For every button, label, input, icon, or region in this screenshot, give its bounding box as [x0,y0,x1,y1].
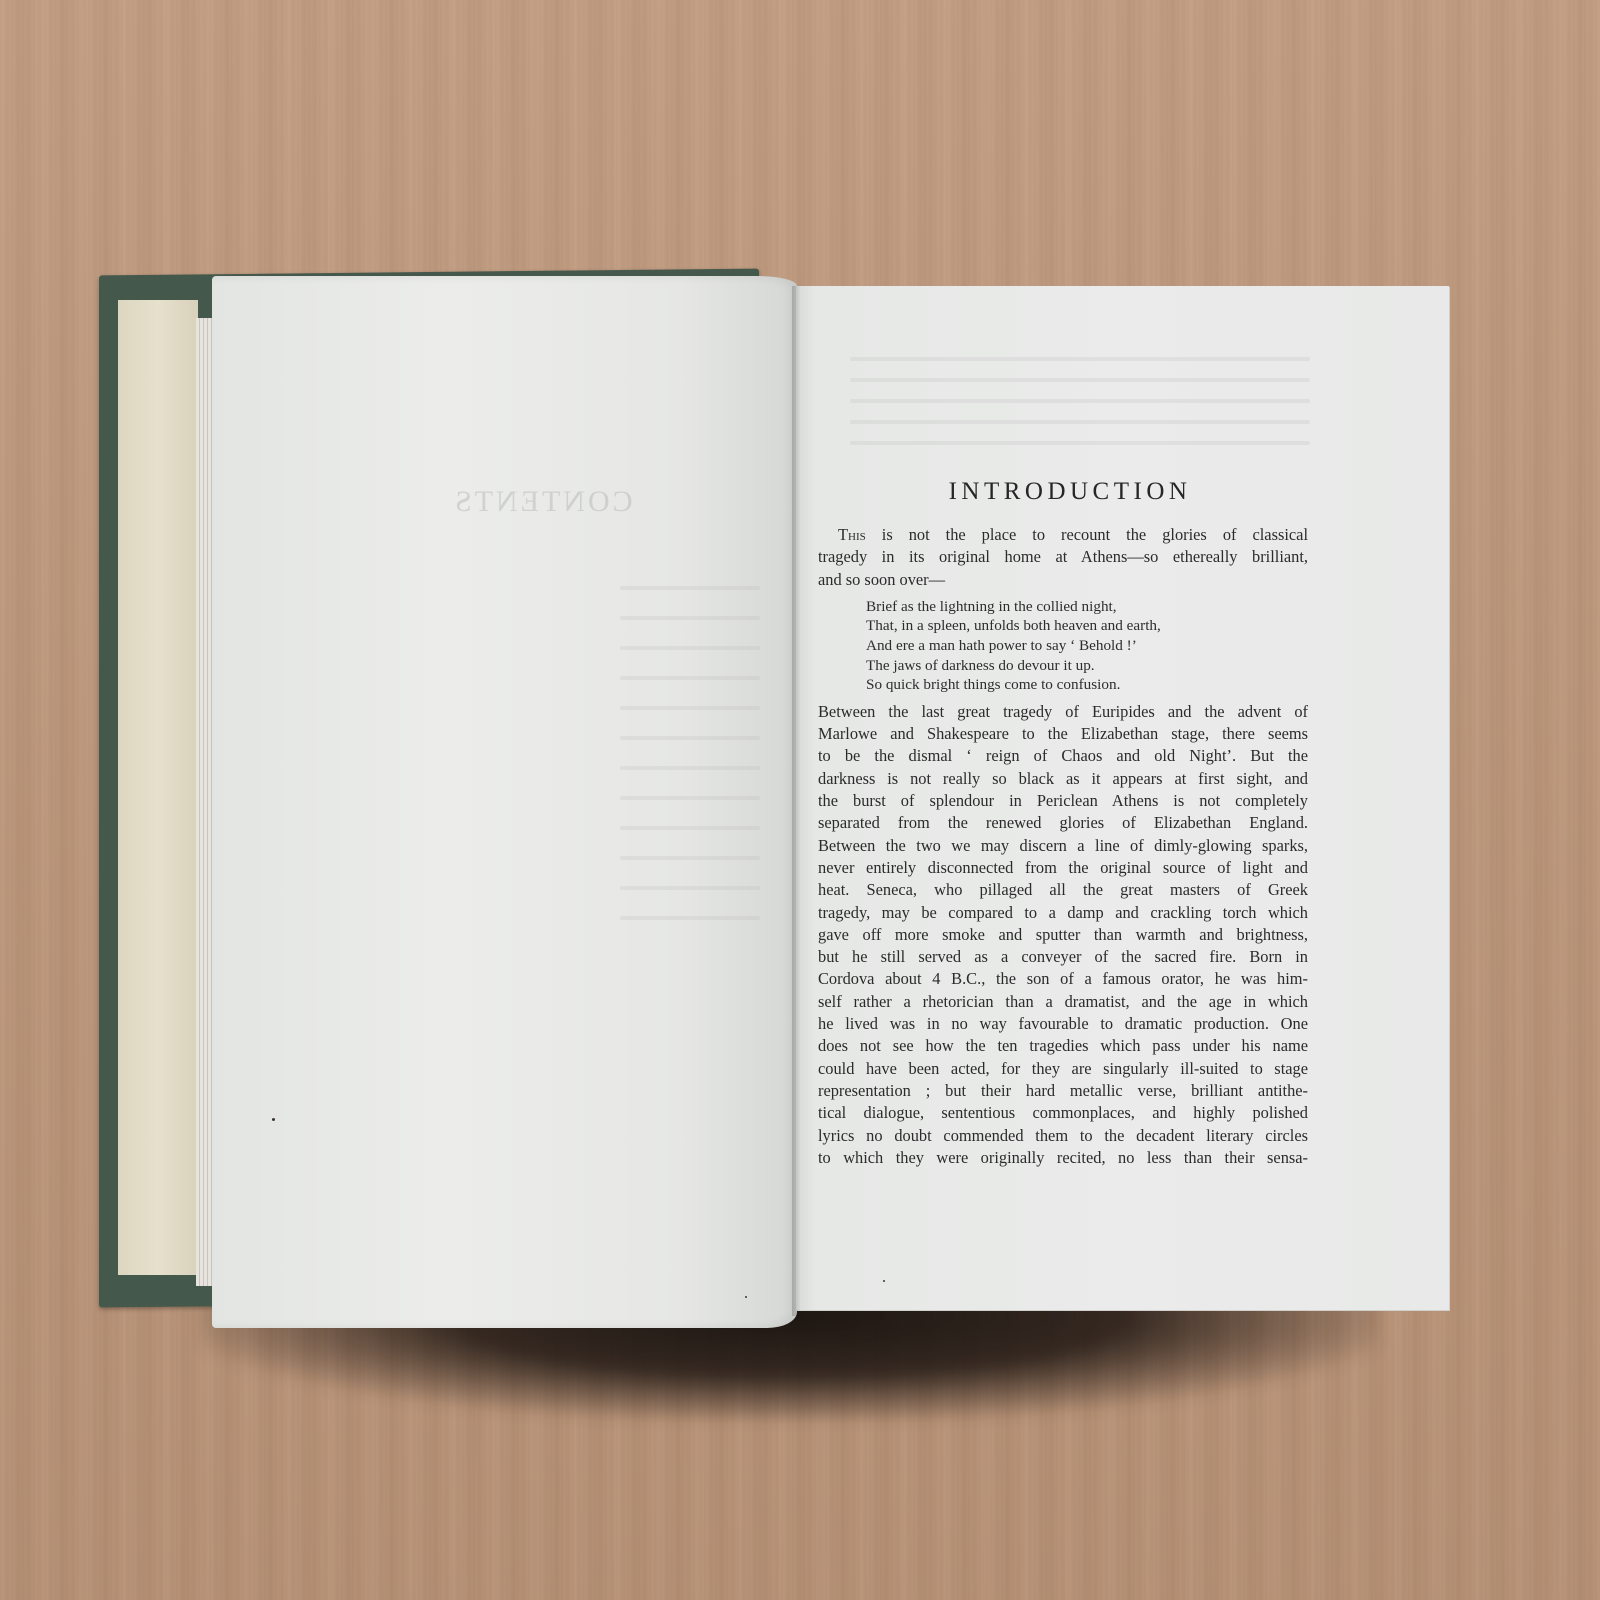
paper-speck [272,1118,275,1121]
text-line: representation ; but their hard metallic… [818,1080,1308,1102]
text-line: to be the dismal ‘ reign of Chaos and ol… [818,745,1308,767]
show-through-title: CONTENTS [452,485,633,519]
book-gutter [792,286,800,1316]
text-line: tragedy in its original home at Athens—s… [818,546,1308,568]
text-line: self rather a rhetorician than a dramati… [818,991,1308,1013]
text-line: never entirely disconnected from the ori… [818,857,1308,879]
text-line: Between the last great tragedy of Euripi… [818,701,1308,723]
text-line: could have been acted, for they are sing… [818,1058,1308,1080]
page-text: INTRODUCTION This is not the place to re… [818,478,1308,1169]
verse-line: The jaws of darkness do devour it up. [866,656,1308,676]
text-line: tical dialogue, sententious commonplaces… [818,1102,1308,1124]
verse-line: And ere a man hath power to say ‘ Behold… [866,636,1308,656]
text-line: heat. Seneca, who pillaged all the great… [818,879,1308,901]
text-line: to which they were originally recited, n… [818,1147,1308,1169]
body-paragraph: Between the last great tragedy of Euripi… [818,701,1308,1169]
show-through-lines-right [850,340,1310,462]
text-line: separated from the renewed glories of El… [818,812,1308,834]
text-line: he lived was in no way favourable to dra… [818,1013,1308,1035]
verse-line: That, in a spleen, unfolds both heaven a… [866,616,1308,636]
text-line: does not see how the ten tragedies which… [818,1035,1308,1057]
text-line: Marlowe and Shakespeare to the Elizabeth… [818,723,1308,745]
paper-speck [883,1280,885,1282]
text-line: Cordova about 4 B.C., the son of a famou… [818,968,1308,990]
text-line: but he still served as a conveyer of the… [818,946,1308,968]
text-line: and so soon over— [818,569,1308,591]
drop-word: This [838,525,866,544]
verse-quotation: Brief as the lightning in the collied ni… [866,597,1308,695]
text-line: the burst of splendour in Periclean Athe… [818,790,1308,812]
endpaper [118,300,198,1275]
verse-line: So quick bright things come to confusion… [866,675,1308,695]
text-line: tragedy, may be compared to a damp and c… [818,902,1308,924]
text-line: gave off more smoke and sputter than war… [818,924,1308,946]
chapter-heading: INTRODUCTION [818,478,1308,506]
show-through-lines-left [620,560,760,946]
text-line: lyrics no doubt commended them to the de… [818,1125,1308,1147]
paper-speck [745,1296,747,1298]
text-line: Between the two we may discern a line of… [818,835,1308,857]
verse-line: Brief as the lightning in the collied ni… [866,597,1308,617]
text-line: darkness is not really so black as it ap… [818,768,1308,790]
opening-paragraph: This is not the place to recount the glo… [818,524,1308,591]
